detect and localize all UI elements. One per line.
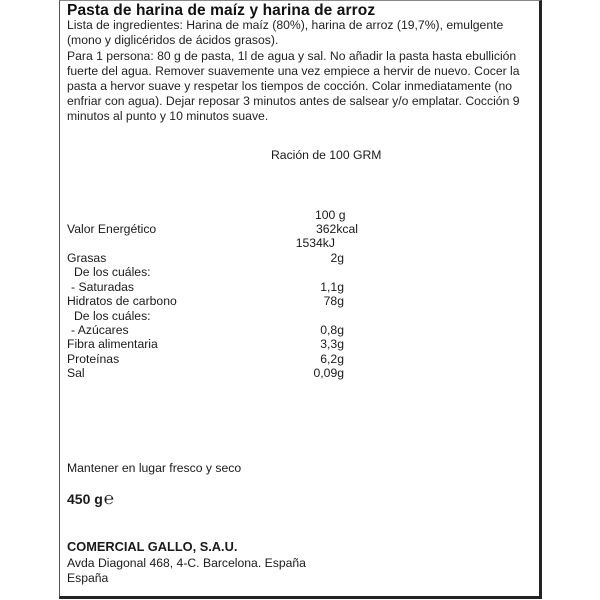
- nutrition-row-value: 0,09g: [254, 366, 344, 380]
- nutrition-label-panel: Pasta de harina de maíz y harina de arro…: [59, 0, 542, 599]
- ingredients-list: Lista de ingredientes: Harina de maíz (8…: [67, 18, 537, 48]
- nutrition-row-label: Grasas: [67, 251, 106, 265]
- nutrition-row-value: 2g: [254, 251, 344, 265]
- net-weight-value: 450 g: [67, 491, 103, 507]
- company-address: Avda Diagonal 468, 4-C. Barcelona. Españ…: [67, 556, 306, 570]
- nutrition-row-value: 362kcal: [268, 222, 358, 236]
- nutrition-row-label: De los cuáles:: [74, 309, 151, 323]
- nutrition-row-label: - Saturadas: [71, 280, 134, 294]
- serving-size-label: Ración de 100 GRM: [271, 148, 381, 162]
- nutrition-column-header: 100 g: [315, 208, 346, 222]
- nutrition-row-value: 3,3g: [254, 337, 344, 351]
- nutrition-row-value: 1,1g: [254, 280, 344, 294]
- storage-instructions: Mantener en lugar fresco y seco: [67, 461, 241, 475]
- nutrition-row-label: Fibra alimentaria: [67, 337, 158, 351]
- nutrition-row-label: Sal: [67, 366, 85, 380]
- company-country: España: [67, 571, 108, 585]
- estimated-sign-icon: ℮: [104, 489, 114, 509]
- nutrition-row-label: Valor Energético: [67, 222, 156, 236]
- preparation-instructions: Para 1 persona: 80 g de pasta, 1l de agu…: [67, 49, 537, 124]
- net-weight: 450 g℮: [67, 489, 114, 509]
- nutrition-row-label: Hidratos de carbono: [67, 294, 177, 308]
- nutrition-row-label: De los cuáles:: [74, 265, 151, 279]
- nutrition-row-value: 78g: [254, 294, 344, 308]
- nutrition-row-label: Proteínas: [67, 352, 119, 366]
- nutrition-row-label: - Azúcares: [71, 323, 129, 337]
- nutrition-row-value: 6,2g: [254, 352, 344, 366]
- nutrition-row-value: 1534kJ: [245, 236, 335, 250]
- company-name: COMERCIAL GALLO, S.A.U.: [67, 539, 237, 554]
- nutrition-row-value: 0,8g: [254, 323, 344, 337]
